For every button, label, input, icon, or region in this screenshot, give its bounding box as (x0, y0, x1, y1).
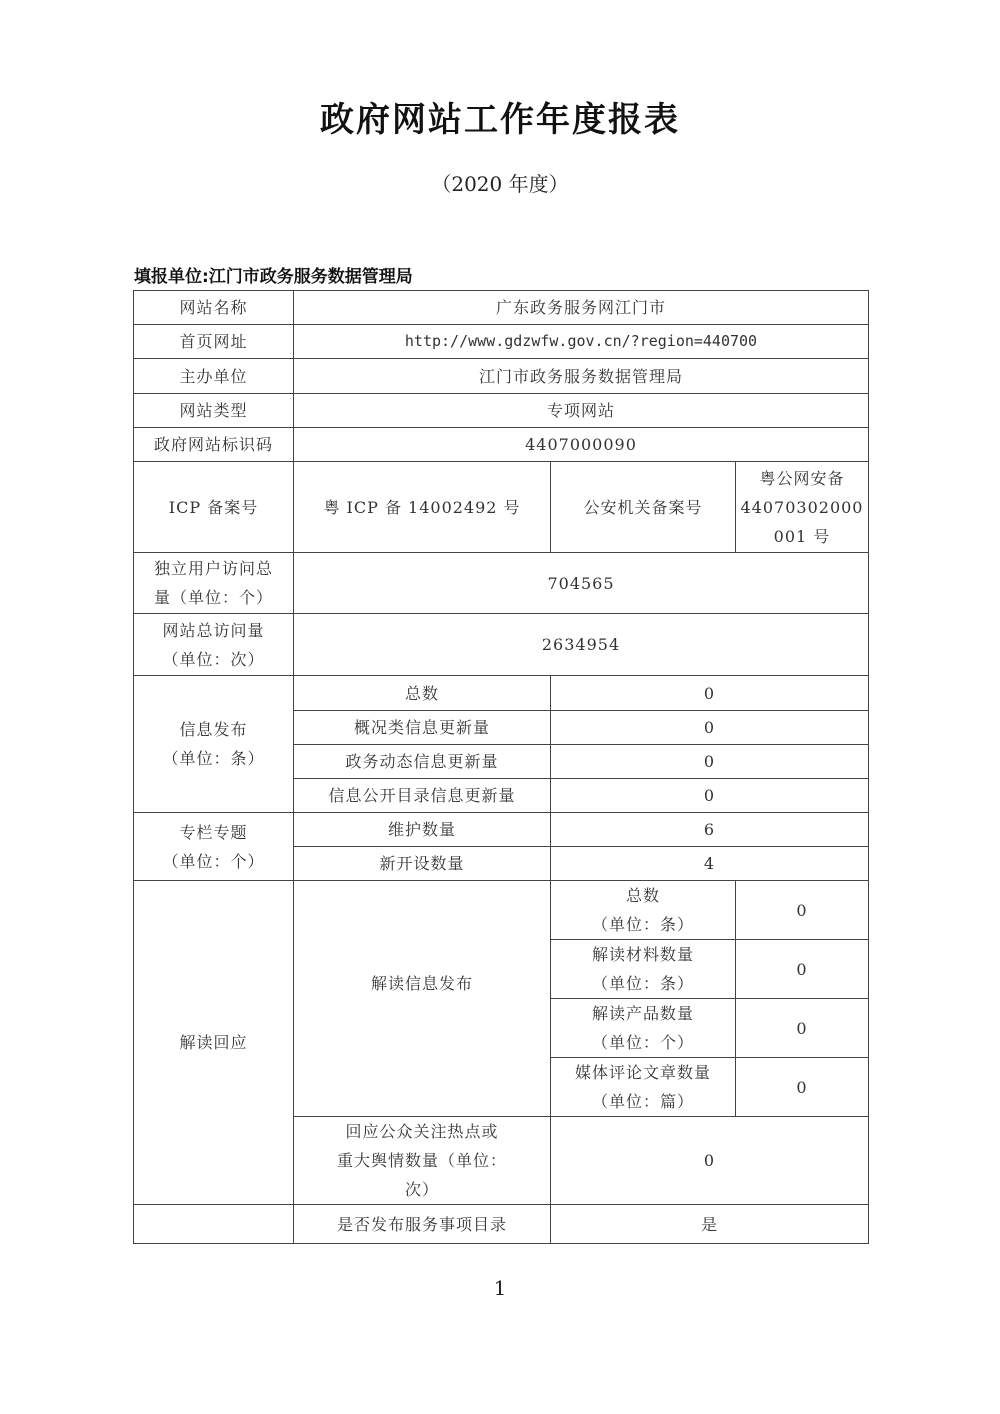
sub-value: 0 (736, 940, 869, 999)
label-line: （单位：条） (138, 744, 289, 773)
sub-label: 总数 (294, 676, 551, 711)
table-row: 网站总访问量 （单位：次） 2634954 (134, 614, 869, 676)
label-line: 回应公众关注热点或 (298, 1117, 546, 1146)
icp-value: 粤 ICP 备 14002492 号 (294, 462, 551, 553)
table-row: 信息发布 （单位：条） 总数 0 (134, 676, 869, 711)
page-title: 政府网站工作年度报表 (0, 92, 1000, 141)
page-number: 1 (0, 1276, 1000, 1300)
row-label: 政府网站标识码 (134, 428, 294, 462)
sub-value: 6 (551, 813, 869, 847)
label-line: （单位：次） (138, 645, 289, 674)
label-line: 网站总访问量 (138, 616, 289, 645)
table-row: 网站名称 广东政务服务网江门市 (134, 291, 869, 325)
interpretation-label: 解读回应 (134, 881, 294, 1205)
sub-value: 0 (736, 881, 869, 940)
interpretation-sub-label: 解读信息发布 (294, 881, 551, 1117)
row-label: 主办单位 (134, 359, 294, 394)
table-row: 首页网址 http://www.gdzwfw.gov.cn/?region=44… (134, 325, 869, 359)
label-line: （单位：条） (555, 910, 731, 939)
columns-label: 专栏专题 （单位：个） (134, 813, 294, 881)
table-row: 独立用户访问总 量（单位：个） 704565 (134, 553, 869, 614)
police-record-line: 粤公网安备 (740, 464, 864, 493)
label-line: （单位：篇） (555, 1087, 731, 1116)
sub-label: 概况类信息更新量 (294, 711, 551, 745)
sub-value: 0 (551, 676, 869, 711)
label-line: 次） (298, 1175, 546, 1204)
sub-value: 0 (551, 745, 869, 779)
label-line: （单位：个） (555, 1028, 731, 1057)
table-row: ICP 备案号 粤 ICP 备 14002492 号 公安机关备案号 粤公网安备… (134, 462, 869, 553)
sub-value: 0 (736, 1058, 869, 1117)
table-row: 网站类型 专项网站 (134, 394, 869, 428)
reporting-unit: 填报单位:江门市政务服务数据管理局 (134, 262, 413, 287)
sub-value: 0 (551, 711, 869, 745)
label-line: 信息发布 (138, 715, 289, 744)
table-row: 政府网站标识码 4407000090 (134, 428, 869, 462)
sub-label: 媒体评论文章数量 （单位：篇） (551, 1058, 736, 1117)
row-label: 首页网址 (134, 325, 294, 359)
row-label: ICP 备案号 (134, 462, 294, 553)
police-record-label: 公安机关备案号 (551, 462, 736, 553)
table-row: 专栏专题 （单位：个） 维护数量 6 (134, 813, 869, 847)
site-code-value: 4407000090 (294, 428, 869, 462)
unique-visitors-value: 704565 (294, 553, 869, 614)
total-visits-value: 2634954 (294, 614, 869, 676)
service-catalog-value: 是 (551, 1205, 869, 1244)
police-record-line: 001 号 (740, 522, 864, 551)
table-row: 主办单位 江门市政务服务数据管理局 (134, 359, 869, 394)
police-record-value: 粤公网安备 44070302000 001 号 (736, 462, 869, 553)
sub-label: 信息公开目录信息更新量 (294, 779, 551, 813)
police-record-line: 44070302000 (740, 493, 864, 522)
service-catalog-label: 是否发布服务事项目录 (294, 1205, 551, 1244)
site-type-value: 专项网站 (294, 394, 869, 428)
sub-label: 新开设数量 (294, 847, 551, 881)
row-label: 网站名称 (134, 291, 294, 325)
sub-value: 0 (551, 779, 869, 813)
info-publish-label: 信息发布 （单位：条） (134, 676, 294, 813)
row-label: 网站总访问量 （单位：次） (134, 614, 294, 676)
sub-label: 解读产品数量 （单位：个） (551, 999, 736, 1058)
sponsor-value: 江门市政务服务数据管理局 (294, 359, 869, 394)
label-line: 媒体评论文章数量 (555, 1058, 731, 1087)
sub-label: 总数 （单位：条） (551, 881, 736, 940)
response-value: 0 (551, 1117, 869, 1205)
row-label: 网站类型 (134, 394, 294, 428)
table-row: 解读回应 解读信息发布 总数 （单位：条） 0 (134, 881, 869, 940)
label-line: （单位：条） (555, 969, 731, 998)
report-table: 网站名称 广东政务服务网江门市 首页网址 http://www.gdzwfw.g… (133, 290, 869, 1244)
label-line: （单位：个） (138, 847, 289, 876)
sub-value: 0 (736, 999, 869, 1058)
response-label: 回应公众关注热点或 重大舆情数量（单位： 次） (294, 1117, 551, 1205)
empty-cell (134, 1205, 294, 1244)
label-line: 解读产品数量 (555, 999, 731, 1028)
sub-label: 解读材料数量 （单位：条） (551, 940, 736, 999)
label-line: 量（单位：个） (138, 583, 289, 612)
site-name-value: 广东政务服务网江门市 (294, 291, 869, 325)
homepage-url-value: http://www.gdzwfw.gov.cn/?region=440700 (294, 325, 869, 359)
report-year: （2020 年度） (0, 168, 1000, 197)
label-line: 总数 (555, 881, 731, 910)
label-line: 解读材料数量 (555, 940, 731, 969)
sub-value: 4 (551, 847, 869, 881)
table-row: 是否发布服务事项目录 是 (134, 1205, 869, 1244)
sub-label: 维护数量 (294, 813, 551, 847)
row-label: 独立用户访问总 量（单位：个） (134, 553, 294, 614)
sub-label: 政务动态信息更新量 (294, 745, 551, 779)
label-line: 重大舆情数量（单位： (298, 1146, 546, 1175)
label-line: 独立用户访问总 (138, 554, 289, 583)
label-line: 专栏专题 (138, 818, 289, 847)
